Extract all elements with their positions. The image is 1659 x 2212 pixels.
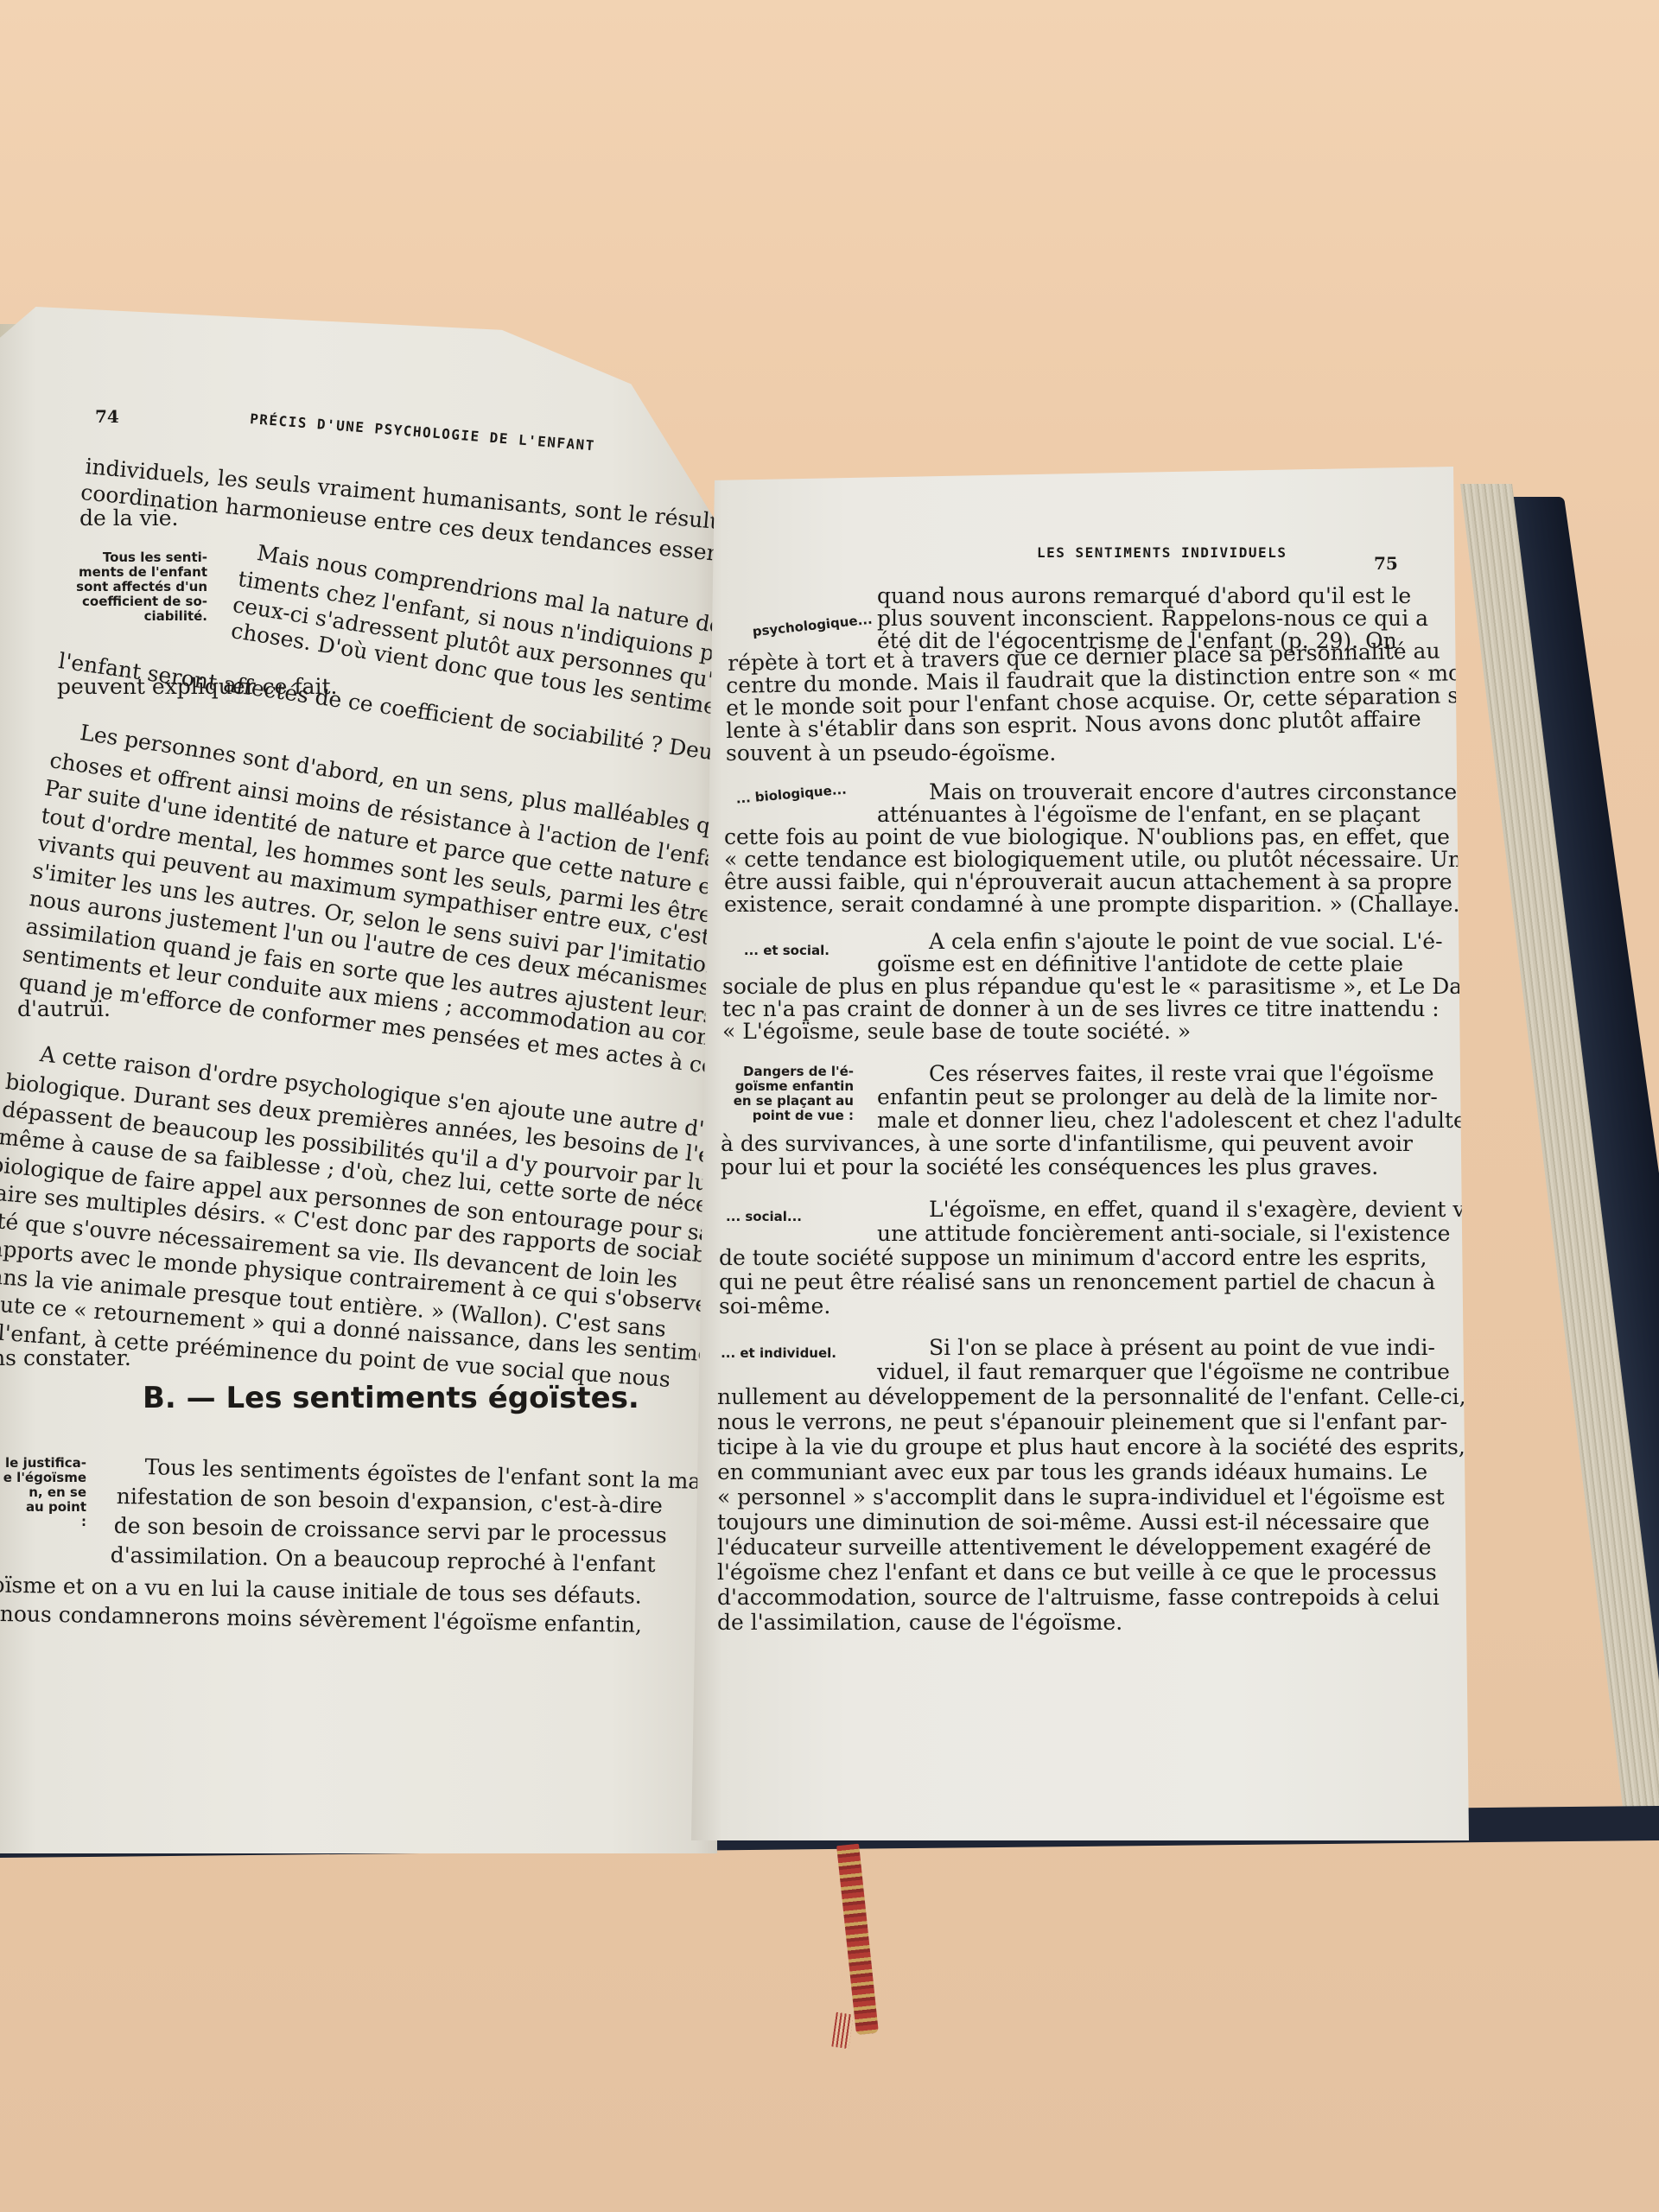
bookmark-ribbon	[836, 1844, 879, 2036]
text-line: plus souvent inconscient. Rappelons-nous…	[877, 606, 1428, 631]
margin-note: ... biologique...	[717, 782, 848, 808]
left-page: 74 PRÉCIS D'UNE PSYCHOLOGIE DE L'ENFANT …	[0, 307, 717, 1853]
text-line: d'autrui.	[17, 996, 111, 1021]
text-line: Ces réserves faites, il reste vrai que l…	[929, 1061, 1434, 1086]
text-line: venons constater.	[0, 1345, 131, 1370]
text-line: d'accommodation, source de l'altruisme, …	[717, 1585, 1440, 1610]
margin-note: Tous les senti- ments de l'enfant sont a…	[60, 550, 207, 624]
text-line: de toute société suppose un minimum d'ac…	[719, 1245, 1427, 1270]
text-line: « L'égoïsme, seule base de toute société…	[722, 1019, 1191, 1044]
text-line: quand nous aurons remarqué d'abord qu'il…	[877, 583, 1411, 608]
text-line: nullement au développement de la personn…	[717, 1384, 1466, 1409]
text-line: Si l'on se place à présent au point de v…	[929, 1335, 1435, 1360]
text-line: pour lui et pour la société les conséque…	[721, 1154, 1378, 1179]
margin-note: ... et social.	[717, 944, 829, 958]
margin-note: ... social...	[715, 1210, 802, 1224]
running-head: LES SENTIMENTS INDIVIDUELS	[1037, 544, 1287, 561]
page-number: 74	[95, 406, 119, 427]
right-page: LES SENTIMENTS INDIVIDUELS 75 psychologi…	[691, 467, 1469, 1840]
section-heading: B. — Les sentiments égoïstes.	[143, 1381, 639, 1415]
text-line: de l'assimilation, cause de l'égoïsme.	[717, 1610, 1122, 1635]
margin-note: ... et individuel.	[715, 1346, 836, 1361]
text-line: souvent à un pseudo-égoïsme.	[726, 741, 1056, 766]
bookmark-ribbon-fray	[831, 2012, 853, 2049]
text-line: d'assimilation. On a beaucoup reproché à…	[110, 1542, 655, 1577]
book-photo: 74 PRÉCIS D'UNE PSYCHOLOGIE DE L'ENFANT …	[0, 0, 1659, 2212]
text-line: de son besoin de croissance servi par le…	[113, 1513, 667, 1548]
text-line: atténuantes à l'égoïsme de l'enfant, en …	[877, 802, 1421, 827]
text-line: être aussi faible, qui n'éprouverait auc…	[724, 869, 1452, 894]
text-line: sociale de plus en plus répandue qu'est …	[722, 974, 1469, 999]
text-line: viduel, il faut remarquer que l'égoïsme …	[877, 1359, 1450, 1384]
text-line: A cela enfin s'ajoute le point de vue so…	[929, 929, 1443, 954]
margin-note: le justifica- e l'égoïsme n, en se au po…	[0, 1456, 86, 1529]
text-line: Mais on trouverait encore d'autres circo…	[929, 779, 1468, 804]
text-line: ticipe à la vie du groupe et plus haut e…	[717, 1434, 1465, 1459]
margin-note: psychologique...	[717, 613, 874, 644]
text-line: qui ne peut être réalisé sans un renonce…	[719, 1269, 1435, 1294]
text-line: soi-même.	[719, 1294, 830, 1319]
running-head: PRÉCIS D'UNE PSYCHOLOGIE DE L'ENFANT	[250, 410, 596, 454]
text-line: nous le verrons, ne peut s'épanouir plei…	[717, 1409, 1447, 1434]
text-line: peuvent expliquer ce fait.	[57, 674, 338, 699]
text-line: « personnel » s'accomplit dans le supra-…	[717, 1484, 1445, 1510]
text-line: cette fois au point de vue biologique. N…	[724, 824, 1450, 849]
text-line: à des survivances, à une sorte d'infanti…	[721, 1131, 1413, 1156]
text-line: goïsme est en définitive l'antidote de c…	[877, 951, 1403, 976]
text-line: tec n'a pas craint de donner à un de ses…	[722, 996, 1440, 1021]
text-line: l'égoïsme chez l'enfant et dans ce but v…	[717, 1560, 1437, 1585]
text-line: existence, serait condamné à une prompte…	[724, 892, 1468, 917]
text-line: « cette tendance est biologiquement util…	[724, 847, 1462, 872]
text-line: male et donner lieu, chez l'adolescent e…	[877, 1108, 1469, 1133]
text-line: enfantin peut se prolonger au delà de la…	[877, 1084, 1438, 1109]
page-number: 75	[1374, 553, 1398, 574]
margin-note: Dangers de l'é- goïsme enfantin en se pl…	[715, 1065, 854, 1123]
text-line: de la vie.	[79, 505, 178, 531]
text-line: en communiant avec eux par tous les gran…	[717, 1459, 1427, 1484]
text-line: l'éducateur surveille attentivement le d…	[717, 1535, 1431, 1560]
text-line: toujours une diminution de soi-même. Aus…	[717, 1510, 1429, 1535]
text-line: une attitude foncièrement anti-sociale, …	[877, 1221, 1450, 1246]
text-line: L'égoïsme, en effet, quand il s'exagère,…	[929, 1197, 1469, 1222]
